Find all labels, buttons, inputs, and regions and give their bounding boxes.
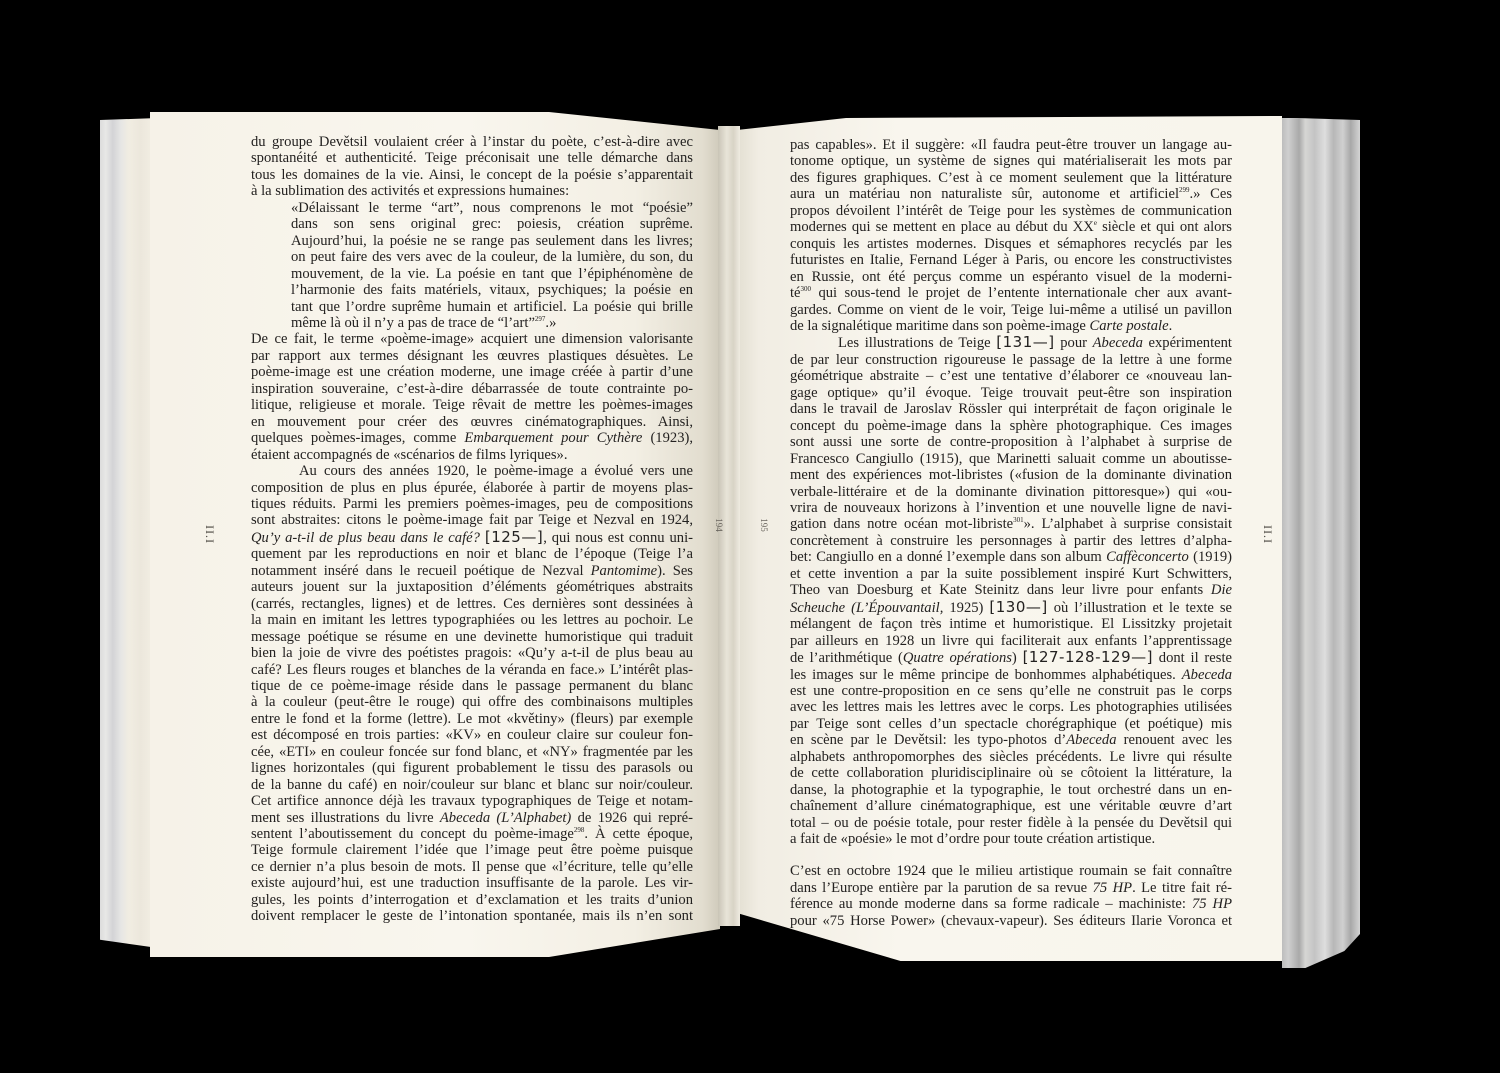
footnote-marker: 299 bbox=[1179, 186, 1190, 194]
text-line: du groupe Devětsil voulaient créer à l’i… bbox=[251, 134, 693, 150]
text-line: férence au monde moderne dans sa forme r… bbox=[790, 896, 1232, 912]
text: notamment inséré dans le recueil poétiqu… bbox=[251, 563, 591, 579]
text-line: verbale-littéraire et de la dominante di… bbox=[790, 484, 1232, 500]
text: qui sous-tend le projet de l’entente int… bbox=[811, 285, 1232, 301]
text-line: à la couleur (peut-être le rouge) qui of… bbox=[251, 694, 693, 710]
book-title: Abeceda bbox=[1182, 667, 1232, 683]
text-line: de la banne du café) en noir/couleur sur… bbox=[251, 777, 693, 793]
text: ment ses illustrations du livre bbox=[251, 810, 440, 826]
text-line: notamment inséré dans le recueil poétiqu… bbox=[251, 563, 693, 579]
text-line: poème-image est une création moderne, un… bbox=[251, 364, 693, 380]
text-line: total – ou de poésie totale, pour rester… bbox=[790, 815, 1232, 831]
text-line: avec les lettres mais les lettres avec l… bbox=[790, 699, 1232, 715]
text: , qui nous est connu uni- bbox=[543, 530, 693, 546]
artwork-title: Qu’y a-t-il de plus beau dans le café? bbox=[251, 530, 480, 546]
text: bet: Cangiullo en a donné l’exemple dans… bbox=[790, 549, 1106, 565]
text: renouent avec les bbox=[1117, 732, 1232, 748]
figure-reference[interactable]: [130—] bbox=[989, 598, 1047, 616]
text-line: Francesco Cangiullo (1915), que Marinett… bbox=[790, 451, 1232, 467]
text-line: propos dévoilent l’intérêt de Teige pour… bbox=[790, 203, 1232, 219]
text-line: de l’arithmétique (Quatre opérations) [1… bbox=[790, 649, 1232, 666]
text-line: Au cours des années 1920, le poème-image… bbox=[251, 463, 693, 479]
quote-text: même là où il n’y a pas de trace de “l’a… bbox=[291, 315, 535, 331]
text: de l’arithmétique ( bbox=[790, 650, 903, 666]
text: modernes qui se mettent en place au débu… bbox=[790, 219, 1094, 235]
text-line: par rapport aux termes désignant les œuv… bbox=[251, 348, 693, 364]
text-line: quement par les reproductions en noir et… bbox=[251, 546, 693, 562]
text-line: sont aussi une sorte de contre-propositi… bbox=[790, 434, 1232, 450]
text: . bbox=[1169, 318, 1173, 334]
text: ». L’alphabet à surprise consistait bbox=[1024, 516, 1232, 532]
text: Les illustrations de Teige bbox=[838, 335, 996, 351]
text-line: gardes. Comme on vient de le voir, Teige… bbox=[790, 302, 1232, 318]
text-line: tous les domaines de la vie. Ainsi, le c… bbox=[251, 167, 693, 183]
text-line: en scène par le Devětsil: les typo-photo… bbox=[790, 732, 1232, 748]
text-line: est une contre-proposition en ce sens qu… bbox=[790, 683, 1232, 699]
text-line: de la signalétique maritime dans son poè… bbox=[790, 318, 1232, 334]
text: (1919) bbox=[1189, 549, 1232, 565]
text-line: bet: Cangiullo en a donné l’exemple dans… bbox=[790, 549, 1232, 565]
book-title: Scheuche (L’Épouvantail, bbox=[790, 600, 943, 616]
text-line: par ailleurs en 1928 un livre qui facili… bbox=[790, 633, 1232, 649]
text-line: à la sublimation des activités et expres… bbox=[251, 183, 693, 199]
text: dans l’Europe entière par la parution de… bbox=[790, 880, 1093, 896]
text-line: concrètement à construire les personnage… bbox=[790, 533, 1232, 549]
text: aura un matériau non naturaliste sûr, au… bbox=[790, 186, 1179, 202]
text-line: étaient accompagnés de «scénarios de fil… bbox=[251, 447, 693, 463]
quote-line: même là où il n’y a pas de trace de “l’a… bbox=[251, 315, 693, 331]
right-page-text: pas capables». Et il suggère: «Il faudra… bbox=[790, 137, 1232, 929]
text-line: des figures graphiques. C’est à ce momen… bbox=[790, 170, 1232, 186]
open-book: II.I 194 195 II.I du groupe Devětsil vou… bbox=[0, 0, 1500, 1073]
text-line: existe aujourd’hui, est une traduction i… bbox=[251, 875, 693, 891]
quote-line: tant que l’ordre suprême humain et artif… bbox=[251, 299, 693, 315]
book-title: Quatre opérations bbox=[903, 650, 1012, 666]
text: les images sur le même principe de bonho… bbox=[790, 667, 1182, 683]
text-line: quelques poèmes-images, comme Embarqueme… bbox=[251, 430, 693, 446]
text: . Le titre fait ré- bbox=[1132, 880, 1232, 896]
text-line: par Teige sont celles d’un spectacle cho… bbox=[790, 716, 1232, 732]
right-section-mark: II.I bbox=[1260, 525, 1275, 544]
text-line: auteurs jouent sur la juxtaposition d’él… bbox=[251, 579, 693, 595]
text-line: gation dans notre océan mot-libriste301»… bbox=[790, 516, 1232, 532]
text-line: et cette invention a par la suite possib… bbox=[790, 566, 1232, 582]
text-line: cée, «ETI» en couleur foncée sur fond bl… bbox=[251, 744, 693, 760]
text-line: dans l’Europe entière par la parution de… bbox=[790, 880, 1232, 896]
text-line: tiques réduits. Parmi les premiers poème… bbox=[251, 496, 693, 512]
book-title: Caffèconcerto bbox=[1106, 549, 1189, 565]
text-line: Theo van Doesburg et Kate Steinitz dans … bbox=[790, 582, 1232, 598]
text-line: composition de plus en plus épurée, élab… bbox=[251, 480, 693, 496]
text: de la signalétique maritime dans son poè… bbox=[790, 318, 1090, 334]
text: ). Ses bbox=[657, 563, 693, 579]
text-line: mélangent de façon très intime et humori… bbox=[790, 616, 1232, 632]
text-line: Scheuche (L’Épouvantail, 1925) [130—] où… bbox=[790, 599, 1232, 616]
text-line: futuristes en Italie, Fernand Léger à Pa… bbox=[790, 252, 1232, 268]
journal-title: 75 HP bbox=[1093, 880, 1132, 896]
text-line: Qu’y a-t-il de plus beau dans le café? [… bbox=[251, 529, 693, 546]
text-line: tique de ce poème-image réside dans le p… bbox=[251, 678, 693, 694]
text-line: chaînement d’allure cinématographique, e… bbox=[790, 798, 1232, 814]
text-line: tonome optique, un système de signes qui… bbox=[790, 153, 1232, 169]
text-line: modernes qui se mettent en place au débu… bbox=[790, 219, 1232, 235]
text-line: doivent remplacer le geste de l’intonati… bbox=[251, 908, 693, 924]
text-line: entre le fond et la forme (lettre). Le m… bbox=[251, 711, 693, 727]
text-line: Teige formule clairement l’idée que l’im… bbox=[251, 842, 693, 858]
artwork-title: Carte postale bbox=[1090, 318, 1169, 334]
text-line: pour «75 Horse Power» (chevaux-vapeur). … bbox=[790, 913, 1232, 929]
text-line: C’est en octobre 1924 que le milieu arti… bbox=[790, 863, 1232, 879]
text: té bbox=[790, 285, 801, 301]
text-line: géométrique abstraite – c’est une tentat… bbox=[790, 368, 1232, 384]
text-line: en mouvement pour créer des œuvres ciném… bbox=[251, 414, 693, 430]
text-line: concept du poème-image dans la sphère ph… bbox=[790, 418, 1232, 434]
figure-reference[interactable]: [127-128-129—] bbox=[1023, 648, 1153, 666]
text-line: ment ses illustrations du livre Abeceda … bbox=[251, 810, 693, 826]
text-line: aura un matériau non naturaliste sûr, au… bbox=[790, 186, 1232, 202]
book-title: Pantomime bbox=[591, 563, 657, 579]
text: pour bbox=[1055, 335, 1093, 351]
text-line: alphabets anthropomorphes des siècles pr… bbox=[790, 749, 1232, 765]
text: Theo van Doesburg et Kate Steinitz dans … bbox=[790, 582, 1211, 598]
footnote-marker: 297 bbox=[535, 315, 546, 323]
book-title: Abeceda bbox=[1066, 732, 1116, 748]
text-line: té300 qui sous-tend le projet de l’enten… bbox=[790, 285, 1232, 301]
footnote-marker: 300 bbox=[801, 285, 812, 293]
quote-line: mouvement, de la vie. La poésie en tant … bbox=[251, 266, 693, 282]
footnote-marker: 301 bbox=[1013, 516, 1024, 524]
text: .» Ces bbox=[1190, 186, 1232, 202]
text-line: sont abstraites: citons le poème-image f… bbox=[251, 512, 693, 528]
text: 1925) bbox=[943, 600, 989, 616]
left-page-number: 194 bbox=[714, 518, 724, 532]
text-line: Les illustrations de Teige [131—] pour A… bbox=[790, 334, 1232, 351]
text-line: bien la joie de vivre des poétistes prag… bbox=[251, 645, 693, 661]
text-line: café? Les fleurs rouges et blanches de l… bbox=[251, 662, 693, 678]
text-line: gules, les points d’interrogation et d’e… bbox=[251, 892, 693, 908]
text-line: dans le travail de Jaroslav Rössler qui … bbox=[790, 401, 1232, 417]
text: de 1926 qui repré- bbox=[571, 810, 693, 826]
quote-end: .» bbox=[545, 315, 556, 331]
text-line: ce dernier n’a plus besoin de mots. Il p… bbox=[251, 859, 693, 875]
text: expérimentent bbox=[1143, 335, 1232, 351]
text: siècle et qui ont alors bbox=[1097, 219, 1232, 235]
text-line: est décomposé en trois parties: «KV» en … bbox=[251, 727, 693, 743]
text: gation dans notre océan mot-libriste bbox=[790, 516, 1013, 532]
left-section-mark: II.I bbox=[202, 525, 217, 544]
text-line: a fait de «poésie» le mot d’ordre pour t… bbox=[790, 831, 1232, 847]
block-quote: «Délaissant le terme “art”, nous compren… bbox=[251, 200, 693, 332]
book-title: Abeceda bbox=[1093, 335, 1143, 351]
left-page-text: du groupe Devětsil voulaient créer à l’i… bbox=[251, 134, 693, 925]
footnote-marker: 298 bbox=[574, 826, 585, 834]
text-line: lignes horizontales (qui figurent probab… bbox=[251, 760, 693, 776]
text-line: (carrés, rectangles, lignes) et de lettr… bbox=[251, 596, 693, 612]
text: ) bbox=[1012, 650, 1023, 666]
text-line: spontanéité et authenticité. Teige préco… bbox=[251, 150, 693, 166]
text-line: les images sur le même principe de bonho… bbox=[790, 667, 1232, 683]
journal-title: 75 HP bbox=[1192, 896, 1232, 912]
text-line: pas capables». Et il suggère: «Il faudra… bbox=[790, 137, 1232, 153]
text-line: Cet artifice annonce déjà les travaux ty… bbox=[251, 793, 693, 809]
book-title: Abeceda (L’Alphabet) bbox=[440, 810, 571, 826]
text-line: de par leur construction rigoureuse le p… bbox=[790, 352, 1232, 368]
quote-line: «Délaissant le terme “art”, nous compren… bbox=[251, 200, 693, 216]
quote-line: on peut faire des vers avec de la couleu… bbox=[251, 249, 693, 265]
text: . À cette époque, bbox=[584, 826, 693, 842]
text-line: De ce fait, le terme «poème-image» acqui… bbox=[251, 331, 693, 347]
text-line: en Russie, ont été perçus comme un espér… bbox=[790, 269, 1232, 285]
text-line: litique, religieuse et morale. Teige rêv… bbox=[251, 397, 693, 413]
text-line: danse, la photographie et la typographie… bbox=[790, 782, 1232, 798]
text-line: la main en imitant les lettres typograph… bbox=[251, 612, 693, 628]
text: en scène par le Devětsil: les typo-photo… bbox=[790, 732, 1066, 748]
text-line: gage optique» qu’il évoque. Teige trouva… bbox=[790, 385, 1232, 401]
text: sentent l’aboutissement du concept du po… bbox=[251, 826, 574, 842]
section-break bbox=[790, 847, 1232, 863]
quote-line: l’harmonie des faits matériels, vitaux, … bbox=[251, 282, 693, 298]
right-page-block-edge bbox=[1282, 118, 1360, 968]
left-page-block-edge bbox=[100, 118, 158, 948]
text-line: inspiration souveraine, c’est-à-dire déb… bbox=[251, 381, 693, 397]
text-line: de cette collaboration pluridisciplinair… bbox=[790, 765, 1232, 781]
text: férence au monde moderne dans sa forme r… bbox=[790, 896, 1192, 912]
text-line: message poétique se résume en une devine… bbox=[251, 629, 693, 645]
text-line: conquis les artistes modernes. Disques e… bbox=[790, 236, 1232, 252]
artwork-title: Embarquement pour Cythère bbox=[464, 430, 642, 446]
text: où l’illustration et le texte se bbox=[1048, 600, 1232, 616]
text-line: ment des expériences mot-libristes («fus… bbox=[790, 467, 1232, 483]
figure-reference[interactable]: [125—] bbox=[485, 528, 543, 546]
text: quelques poèmes-images, comme bbox=[251, 430, 464, 446]
book-title: Die bbox=[1211, 582, 1232, 598]
text: dont il reste bbox=[1153, 650, 1232, 666]
text-line: vrira de nouveaux horizons à l’invention… bbox=[790, 500, 1232, 516]
quote-line: dans son sens original grec: poiesis, cr… bbox=[251, 216, 693, 232]
quote-line: Aujourd’hui, la poésie ne se range pas s… bbox=[251, 233, 693, 249]
figure-reference[interactable]: [131—] bbox=[996, 333, 1054, 351]
text: (1923), bbox=[642, 430, 693, 446]
text-line: sentent l’aboutissement du concept du po… bbox=[251, 826, 693, 842]
right-page-number: 195 bbox=[759, 518, 769, 532]
